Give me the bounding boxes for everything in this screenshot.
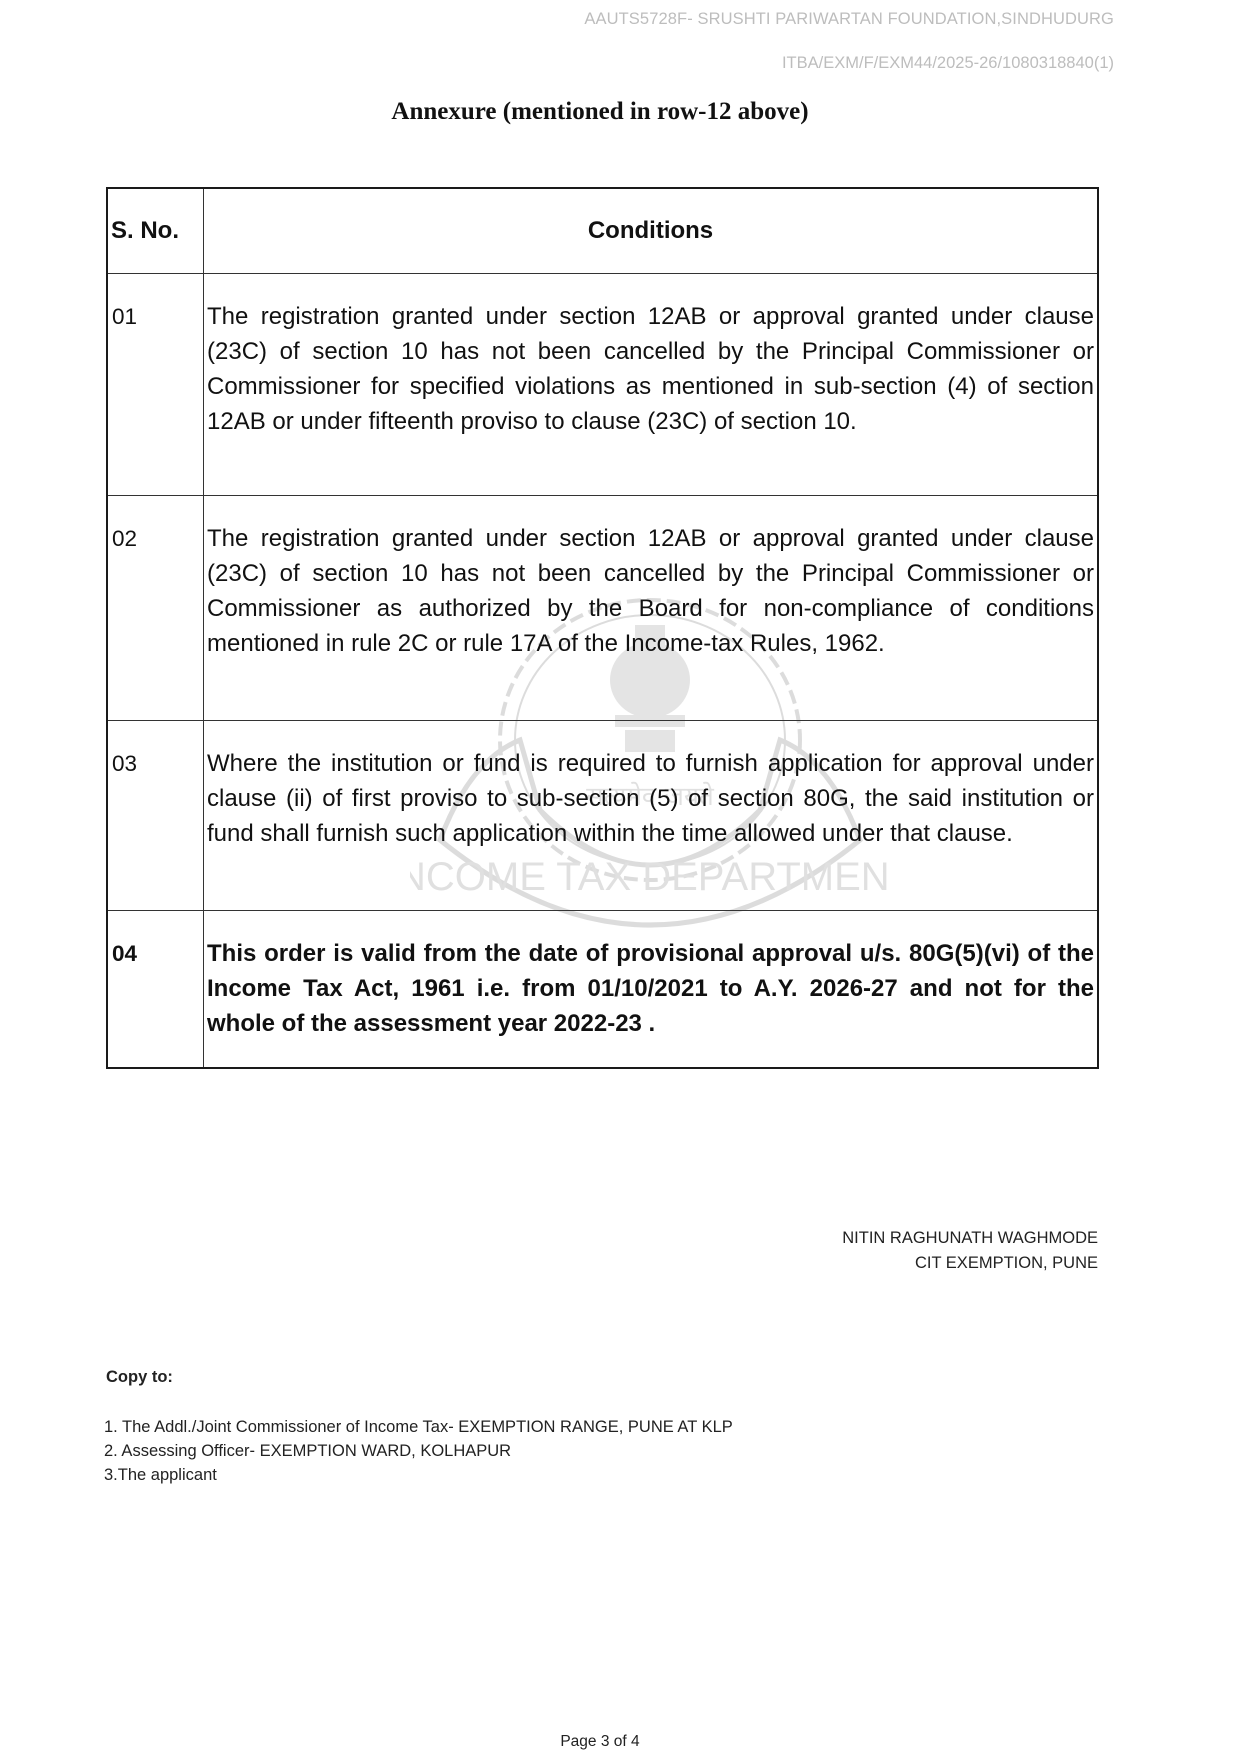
reference-line-pan-org: AAUTS5728F- SRUSHTI PARIWARTAN FOUNDATIO…	[584, 10, 1114, 29]
row-sno: 01	[107, 274, 204, 496]
page-title: Annexure (mentioned in row-12 above)	[0, 98, 1200, 126]
signature-block: NITIN RAGHUNATH WAGHMODE CIT EXEMPTION, …	[842, 1226, 1098, 1276]
copy-to-item: 2. Assessing Officer- EXEMPTION WARD, KO…	[104, 1439, 733, 1463]
table-row: 04 This order is valid from the date of …	[107, 911, 1098, 1069]
copy-to-label: Copy to:	[106, 1368, 173, 1387]
column-header-sno: S. No.	[107, 188, 204, 274]
signatory-designation: CIT EXEMPTION, PUNE	[842, 1251, 1098, 1276]
copy-to-list: 1. The Addl./Joint Commissioner of Incom…	[104, 1415, 733, 1487]
row-condition-text: The registration granted under section 1…	[204, 496, 1099, 721]
row-condition-text: Where the institution or fund is require…	[204, 721, 1099, 911]
row-sno: 04	[107, 911, 204, 1069]
reference-line-order-number: ITBA/EXM/F/EXM44/2025-26/1080318840(1)	[782, 54, 1114, 73]
table-row: 01 The registration granted under sectio…	[107, 274, 1098, 496]
row-condition-text: The registration granted under section 1…	[204, 274, 1099, 496]
table-row: 02 The registration granted under sectio…	[107, 496, 1098, 721]
row-condition-text: This order is valid from the date of pro…	[204, 911, 1099, 1069]
page-number: Page 3 of 4	[0, 1733, 1200, 1751]
table-row: 03 Where the institution or fund is requ…	[107, 721, 1098, 911]
copy-to-item: 3.The applicant	[104, 1463, 733, 1487]
row-sno: 03	[107, 721, 204, 911]
conditions-table: S. No. Conditions 01 The registration gr…	[106, 187, 1099, 1069]
table-header-row: S. No. Conditions	[107, 188, 1098, 274]
row-sno: 02	[107, 496, 204, 721]
copy-to-item: 1. The Addl./Joint Commissioner of Incom…	[104, 1415, 733, 1439]
signatory-name: NITIN RAGHUNATH WAGHMODE	[842, 1226, 1098, 1251]
column-header-conditions: Conditions	[204, 188, 1099, 274]
